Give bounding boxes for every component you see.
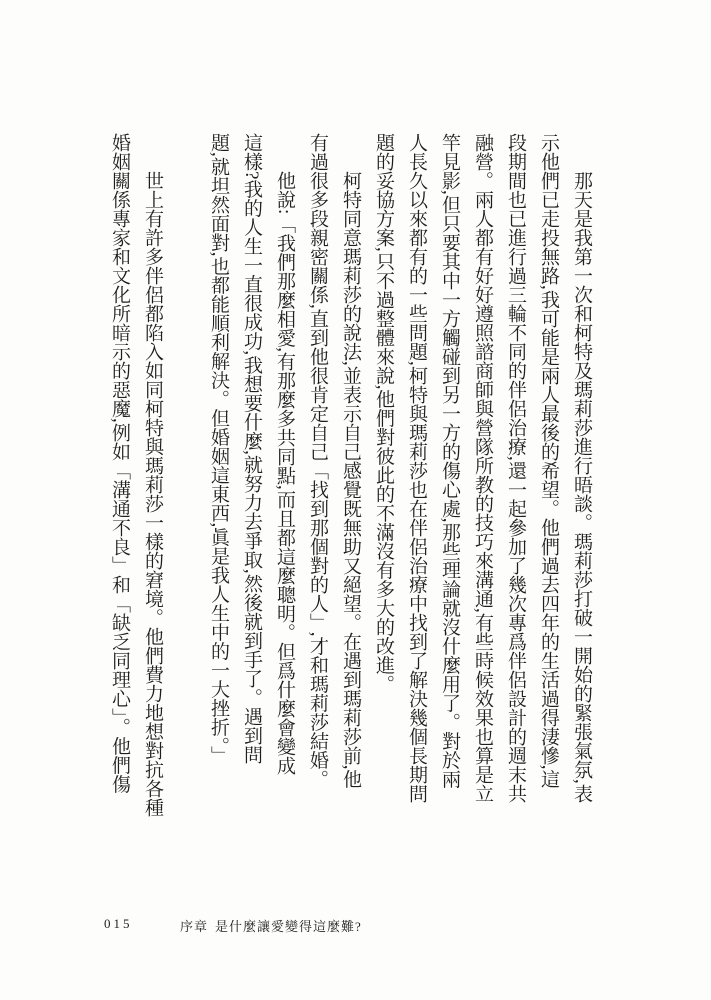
chapter-footer: 序章是什麼讓愛變得這麼難? [180, 916, 362, 935]
book-page: 那天是我第一次和柯特及瑪莉莎進行晤談。瑪莉莎打破一開始的緊張氣氛,表 示他們已走… [0, 0, 711, 1000]
text-line: 柯特同意瑪莉莎的說法,並表示自己感覺既無助又絕望。在遇到瑪莉莎前,他 [334, 133, 367, 819]
text-line: 婚姻關係專家和文化所暗示的惡魔,例如「溝通不良」和「缺乏同理心」。他們傷 [103, 133, 136, 819]
text-line: 他說:「我們那麼相愛,有那麼多共同點,而且都這麼聰明。但爲什麼會變成 [268, 133, 301, 819]
text-line: 示他們已走投無路,我可能是兩人最後的希望。他們過去四年的生活過得淒慘,這 [532, 133, 565, 819]
text-line: 人長久以來都有的一些問題,柯特與瑪莉莎也在伴侶治療中找到了解決幾個長期問 [400, 133, 433, 819]
text-line: 融營。兩人都有好好遵照諮商師與營隊所教的技巧來溝通,有些時候效果也算是立 [466, 133, 499, 819]
text-line: 世上有許多伴侶都陷入如同柯特與瑪莉莎一樣的窘境。他們費力地想對抗各種 [136, 133, 169, 819]
chapter-title: 是什麼讓愛變得這麼難? [215, 919, 362, 934]
text-line: 題,就坦然面對,也都能順利解決。但婚姻這東西,眞是我人生中的一大挫折。」 [202, 133, 235, 819]
text-line: 竿見影,但只要其中一方觸碰到另一方的傷心處,那些理論就沒什麼用了。對於兩 [433, 133, 466, 819]
text-line: 這樣?我的人生一直很成功,我想要什麼,就努力去爭取,然後就到手了。遇到問 [235, 133, 268, 819]
body-text: 那天是我第一次和柯特及瑪莉莎進行晤談。瑪莉莎打破一開始的緊張氣氛,表 示他們已走… [103, 133, 598, 819]
text-line: 有過很多段親密關係,直到他很肯定自己「找到那個對的人」,才和瑪莉莎結婚。 [301, 133, 334, 819]
page-number: 015 [104, 916, 133, 932]
text-line: 段期間也已進行過三輪不同的伴侶治療,還一起參加了幾次專爲伴侶設計的週末共 [499, 133, 532, 819]
text-line: 那天是我第一次和柯特及瑪莉莎進行晤談。瑪莉莎打破一開始的緊張氣氛,表 [565, 133, 598, 819]
chapter-label: 序章 [180, 919, 208, 934]
section-break [169, 133, 202, 819]
text-line: 題的妥協方案,只不過整體來說,他們對彼此的不滿沒有多大的改進。 [367, 133, 400, 819]
